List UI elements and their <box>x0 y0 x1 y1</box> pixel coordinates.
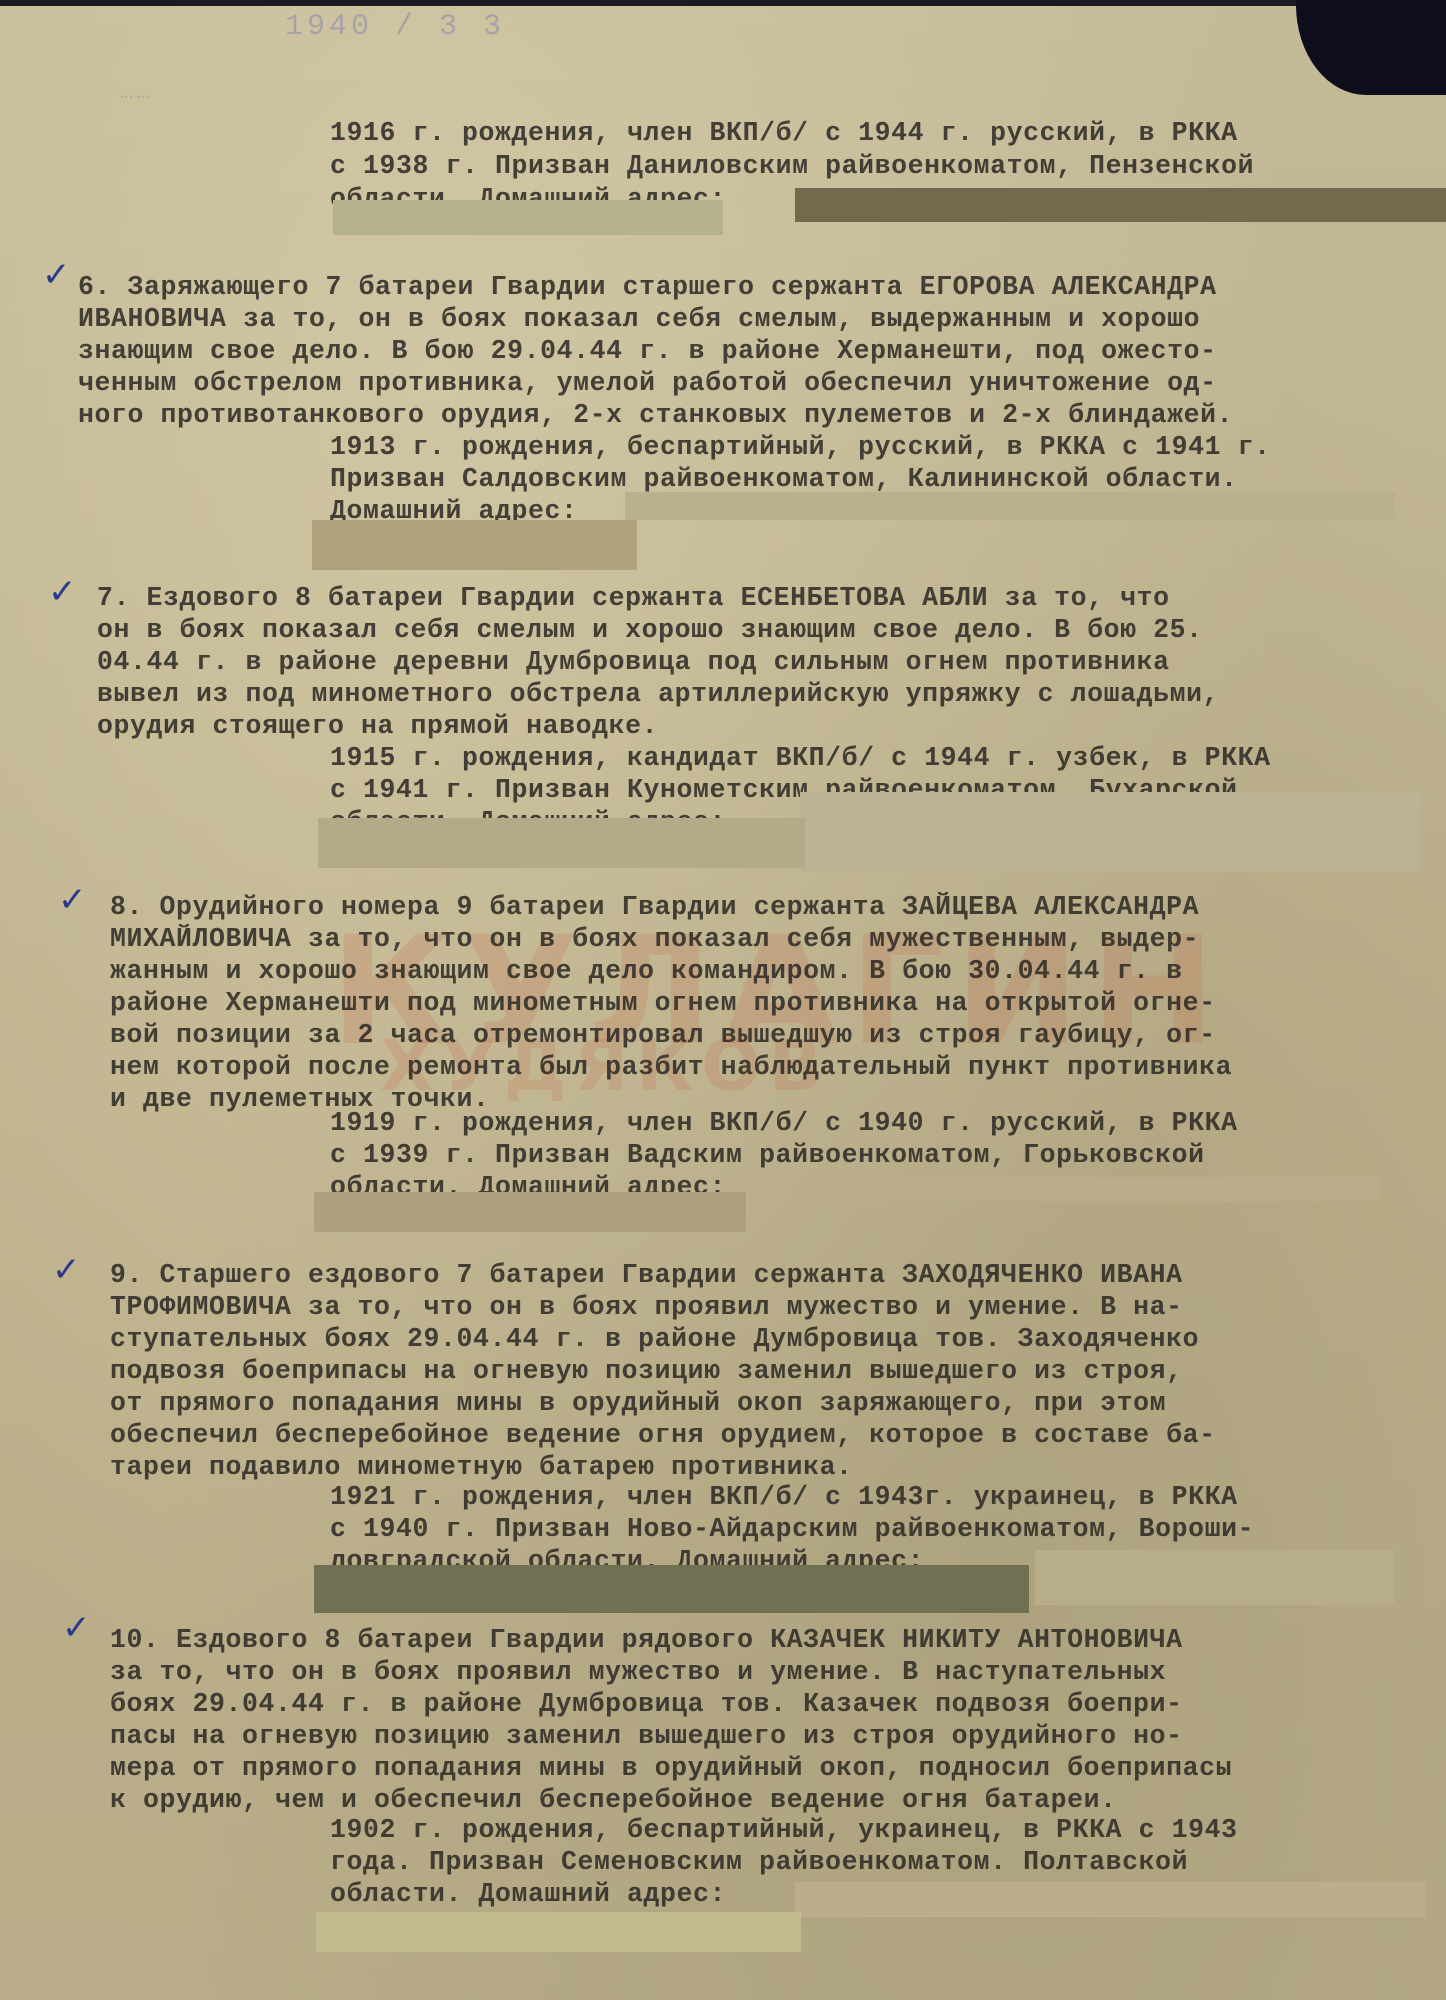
entry-9-bio: с 1940 г. Призван Ново-Айдарским райвоен… <box>330 1514 1254 1544</box>
entry-7-line: он в боях показал себя смелым и хорошо з… <box>97 615 1203 645</box>
entry-8-line: 8. Орудийного номера 9 батареи Гвардии с… <box>110 892 1199 922</box>
entry-10-bio: области. Домашний адрес: <box>330 1879 726 1909</box>
redaction-block <box>314 1192 746 1232</box>
entry-9-line: тареи подавило минометную батарею против… <box>110 1452 853 1482</box>
entry-6-line: знающим свое дело. В бою 29.04.44 г. в р… <box>78 336 1217 366</box>
check-mark-icon: ✓ <box>58 880 87 920</box>
entry-6-line: 6. Заряжающего 7 батареи Гвардии старшег… <box>78 272 1217 302</box>
entry-8-line: вой позиции за 2 часа отремонтировал выш… <box>110 1020 1216 1050</box>
redaction-block <box>333 200 723 235</box>
entry-7-line: 7. Ездового 8 батареи Гвардии сержанта Е… <box>97 583 1170 613</box>
entry-9-line: 9. Старшего ездового 7 батареи Гвардии с… <box>110 1260 1183 1290</box>
entry-9-line: ступательных боях 29.04.44 г. в районе Д… <box>110 1324 1199 1354</box>
entry-8-bio: с 1939 г. Призван Вадским райвоенкоматом… <box>330 1140 1205 1170</box>
entry-9-bio: 1921 г. рождения, член ВКП/б/ с 1943г. у… <box>330 1482 1238 1512</box>
entry-10-line: пасы на огневую позицию заменил вышедшег… <box>110 1721 1183 1751</box>
redaction-block <box>314 1565 1029 1613</box>
redaction-block <box>795 1882 1425 1917</box>
entry-8-line: жанным и хорошо знающим свое дело команд… <box>110 956 1183 986</box>
entry-10-line: боях 29.04.44 г. в районе Думбровица тов… <box>110 1689 1183 1719</box>
entry-8-line: районе Херманешти под минометным огнем п… <box>110 988 1216 1018</box>
entry-6-bio: 1913 г. рождения, беспартийный, русский,… <box>330 432 1271 462</box>
entry-8-line: нем которой после ремонта был разбит наб… <box>110 1052 1232 1082</box>
archive-stamp: 1940 / 3 3 <box>285 10 505 44</box>
entry-7-line: 04.44 г. в районе деревни Думбровица под… <box>97 647 1170 677</box>
redaction-block <box>800 792 1420 872</box>
entry-10-bio: 1902 г. рождения, беспартийный, украинец… <box>330 1815 1238 1845</box>
entry-7-line: орудия стоящего на прямой наводке. <box>97 711 658 741</box>
entry-7-line: вывел из под минометного обстрела артилл… <box>97 679 1219 709</box>
redaction-block <box>1035 1550 1395 1605</box>
entry-9-line: от прямого попадания мины в орудийный ок… <box>110 1388 1166 1418</box>
entry-9-line: подвозя боеприпасы на огневую позицию за… <box>110 1356 1183 1386</box>
entry-9-line: обеспечил бесперебойное ведение огня ору… <box>110 1420 1216 1450</box>
redaction-block <box>316 1912 801 1952</box>
archive-stamp-sub: …… <box>120 80 152 105</box>
entry-9-line: ТРОФИМОВИЧА за то, что он в боях проявил… <box>110 1292 1183 1322</box>
entry-8-line: МИХАЙЛОВИЧА за то, что он в боях показал… <box>110 924 1199 954</box>
check-mark-icon: ✓ <box>62 1608 91 1648</box>
entry-6-line: ИВАНОВИЧА за то, он в боях показал себя … <box>78 304 1200 334</box>
redaction-block <box>318 818 805 868</box>
entry-7-bio: 1915 г. рождения, кандидат ВКП/б/ с 1944… <box>330 743 1271 773</box>
redaction-block <box>795 188 1446 222</box>
entry-6-bio: Призван Салдовским райвоенкоматом, Калин… <box>330 464 1238 494</box>
entry-6-line: ного противотанкового орудия, 2-х станко… <box>78 400 1233 430</box>
entry-10-line: к орудию, чем и обеспечил бесперебойное … <box>110 1785 1117 1815</box>
redaction-block <box>625 492 1395 520</box>
check-mark-icon: ✓ <box>42 255 71 295</box>
redaction-block <box>312 520 637 570</box>
check-mark-icon: ✓ <box>48 572 77 612</box>
entry-10-bio: года. Призван Семеновским райвоенкоматом… <box>330 1847 1188 1877</box>
check-mark-icon: ✓ <box>52 1250 81 1290</box>
entry-6-line: ченным обстрелом противника, умелой рабо… <box>78 368 1217 398</box>
entry-8-bio: 1919 г. рождения, член ВКП/б/ с 1940 г. … <box>330 1108 1238 1138</box>
scan-border <box>0 0 1446 6</box>
entry-10-line: 10. Ездового 8 батареи Гвардии рядового … <box>110 1625 1183 1655</box>
entry-10-line: мера от прямого попадания мины в орудийн… <box>110 1753 1232 1783</box>
redaction-block <box>808 1177 1380 1201</box>
intro-line: с 1938 г. Призван Даниловским райвоенком… <box>330 151 1254 181</box>
entry-10-line: за то, что он в боях проявил мужество и … <box>110 1657 1166 1687</box>
intro-line: 1916 г. рождения, член ВКП/б/ с 1944 г. … <box>330 118 1238 148</box>
